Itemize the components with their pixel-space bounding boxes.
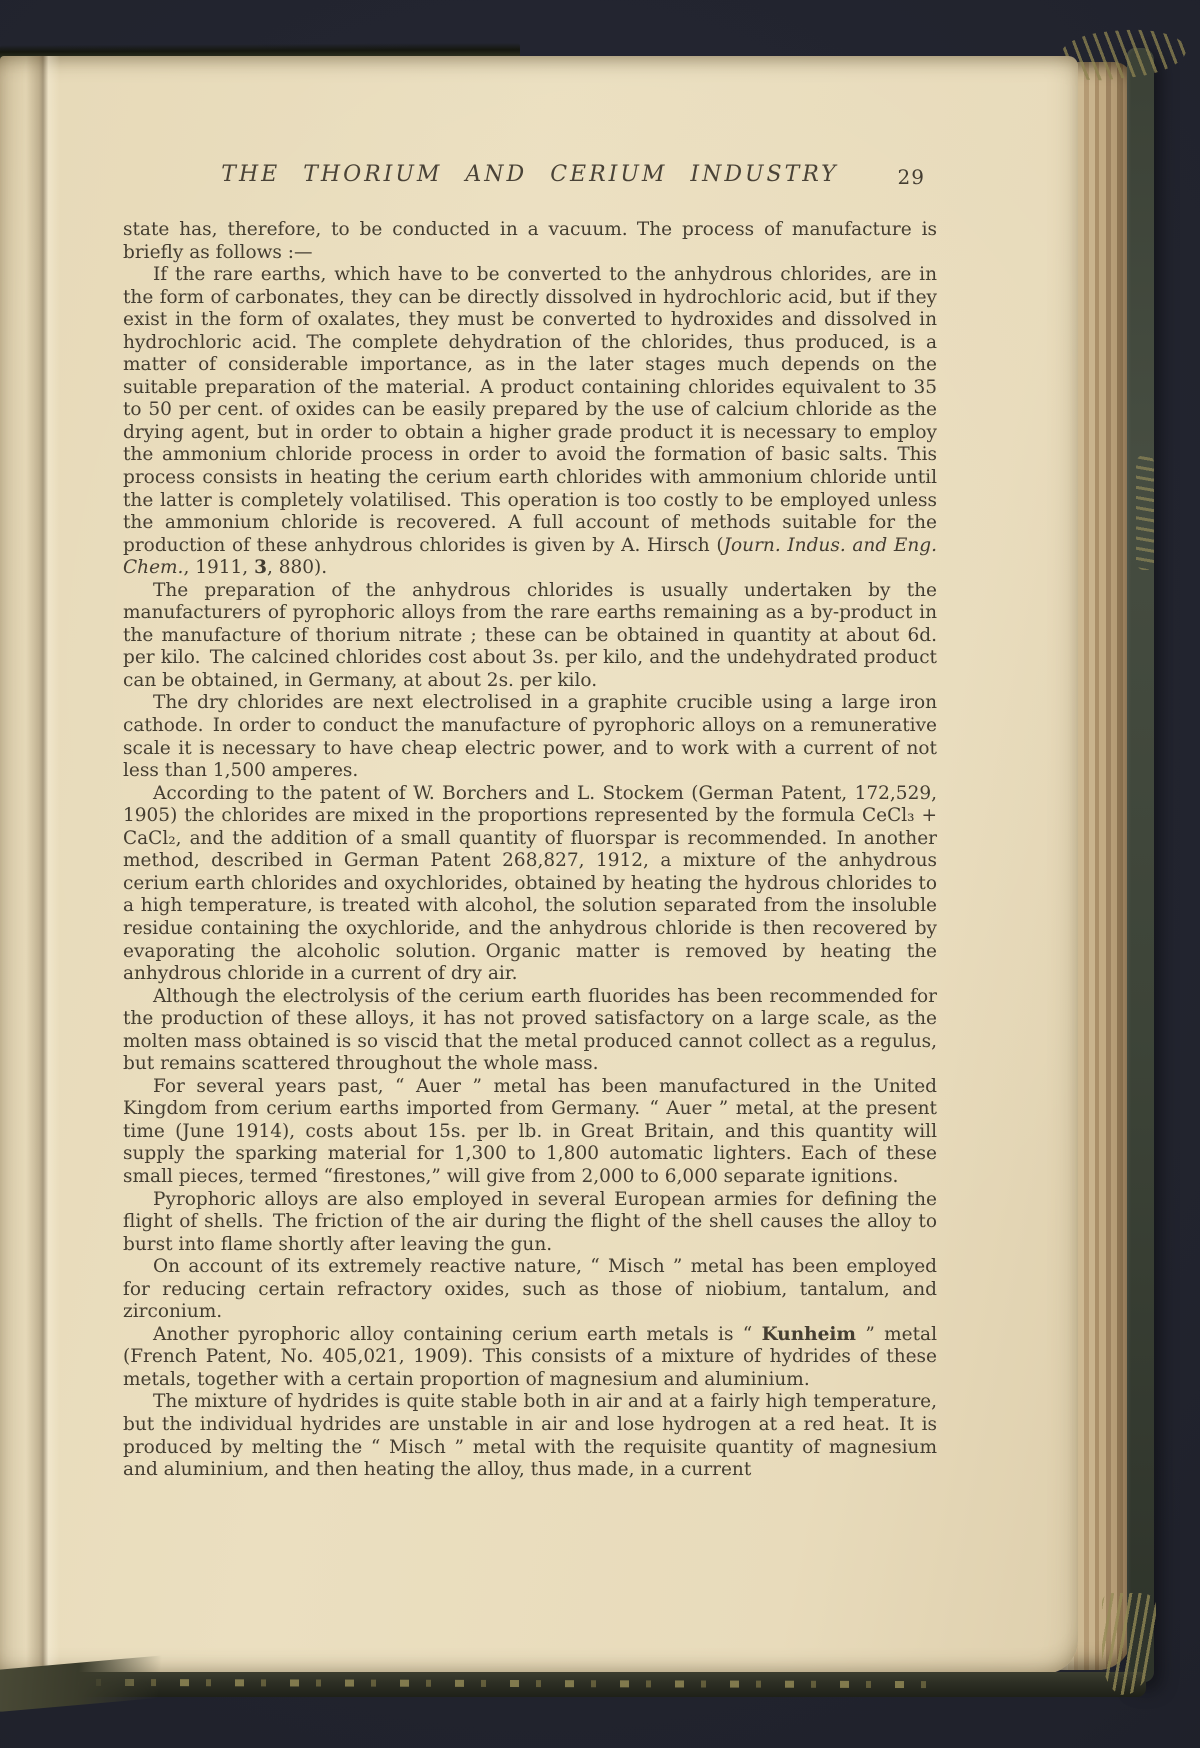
gutter-crease (26, 56, 60, 1674)
book-photo: THE THORIUM AND CERIUM INDUSTRY 29 state… (0, 0, 1200, 1748)
text-bold: 3 (254, 557, 267, 578)
text-bold: Kunheim (762, 1324, 856, 1345)
page-number: 29 (898, 165, 925, 189)
paragraph: Although the electrolysis of the cerium … (123, 986, 937, 1076)
book-cover-edge-right (1127, 48, 1154, 1682)
paragraph: According to the patent of W. Borchers a… (123, 783, 937, 986)
page-body: state has, therefore, to be conducted in… (123, 219, 937, 1482)
text-run: Although the electrolysis of the cerium … (123, 986, 937, 1075)
paragraph: If the rare earths, which have to be con… (123, 264, 937, 580)
running-head: THE THORIUM AND CERIUM INDUSTRY 29 (123, 162, 937, 198)
text-run: , 880). (267, 557, 327, 578)
paragraph: For several years past, “ Auer ” metal h… (123, 1076, 937, 1189)
book-page: THE THORIUM AND CERIUM INDUSTRY 29 state… (0, 56, 1078, 1674)
text-run: The preparation of the anhydrous chlorid… (123, 580, 937, 691)
text-run: The mixture of hydrides is quite stable … (123, 1391, 937, 1480)
text-run: If the rare earths, which have to be con… (123, 264, 937, 556)
paragraph: Pyrophoric alloys are also employed in s… (123, 1189, 937, 1257)
paragraph: Another pyrophoric alloy containing ceri… (123, 1324, 937, 1392)
page-title: THE THORIUM AND CERIUM INDUSTRY (123, 162, 937, 187)
text-run: Another pyrophoric alloy containing ceri… (153, 1324, 762, 1345)
text-run: For several years past, “ Auer ” metal h… (123, 1076, 937, 1187)
text-run: The dry chlorides are next electrolised … (123, 692, 937, 781)
paragraph: The dry chlorides are next electrolised … (123, 692, 937, 782)
text-run: state has, therefore, to be conducted in… (123, 219, 937, 263)
paragraph: state has, therefore, to be conducted in… (123, 219, 937, 264)
text-run: Pyrophoric alloys are also employed in s… (123, 1189, 937, 1255)
frayed-threads-top-right (1060, 24, 1188, 85)
text-run: On account of its extremely reactive nat… (123, 1256, 937, 1322)
paragraph: The mixture of hydrides is quite stable … (123, 1391, 937, 1481)
paragraph: The preparation of the anhydrous chlorid… (123, 580, 937, 693)
text-run: According to the patent of W. Borchers a… (123, 783, 937, 984)
text-run: , 1911, (183, 557, 254, 578)
paragraph: On account of its extremely reactive nat… (123, 1256, 937, 1324)
frayed-threads-right (1136, 455, 1154, 570)
